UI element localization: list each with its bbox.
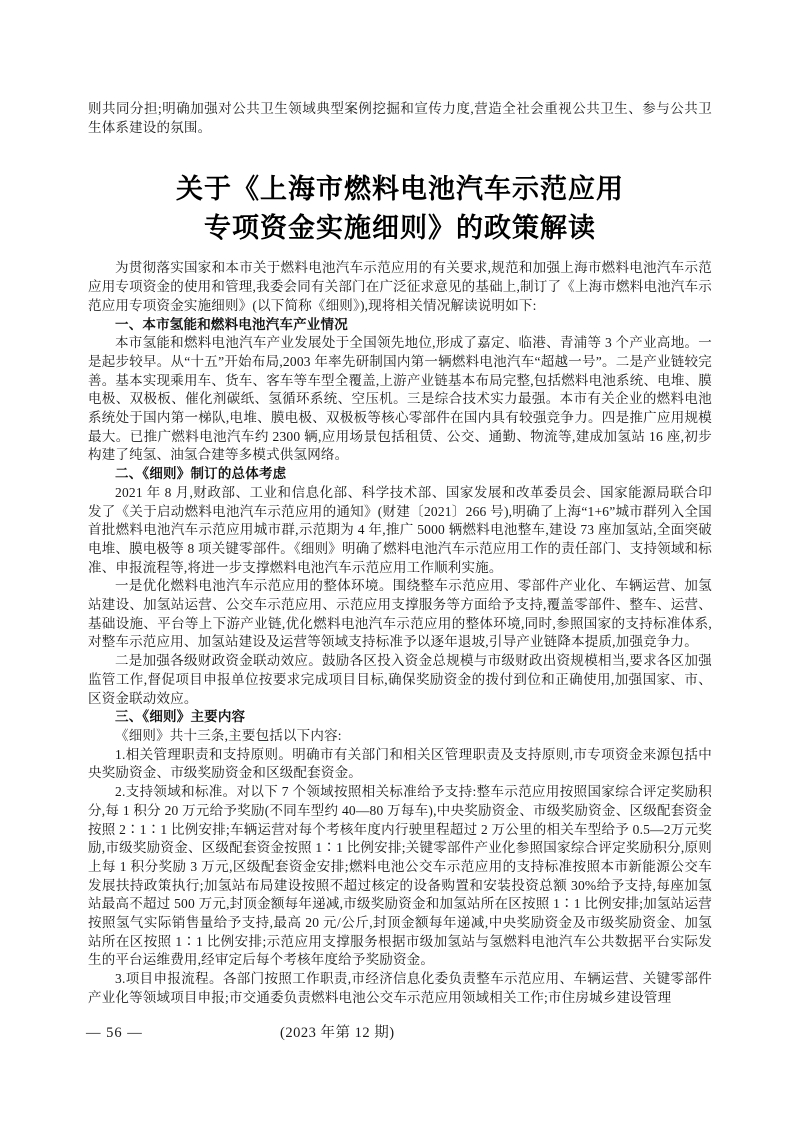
intro-paragraph: 为贯彻落实国家和本市关于燃料电池汽车示范应用的有关要求,规范和加强上海市燃料电池… xyxy=(88,259,712,315)
issue-label: (2023 年第 12 期) xyxy=(280,1024,395,1042)
page-number: — 56 — xyxy=(86,1024,143,1042)
section-2-paragraph-2: 一是优化燃料电池汽车示范应用的整体环境。围绕整车示范应用、零部件产业化、车辆运营… xyxy=(88,577,712,652)
article-title-line-2: 专项资金实施细则》的政策解读 xyxy=(88,209,712,248)
section-3-item-1: 1.相关管理职责和支持原则。明确市有关部门和相关区管理职责及支持原则,市专项资金… xyxy=(88,746,712,783)
section-3-heading: 三、《细则》主要内容 xyxy=(88,708,712,727)
section-1-paragraph: 本市氢能和燃料电池汽车产业发展处于全国领先地位,形成了嘉定、临港、青浦等 3 个… xyxy=(88,334,712,465)
page-content: 则共同分担;明确加强对公共卫生领域典型案例挖掘和宣传力度,营造全社会重视公共卫生… xyxy=(88,100,712,1008)
section-3-item-3: 3.项目申报流程。各部门按照工作职责,市经济信息化委负责整车示范应用、车辆运营、… xyxy=(88,970,712,1007)
document-page: 则共同分担;明确加强对公共卫生领域典型案例挖掘和宣传力度,营造全社会重视公共卫生… xyxy=(0,0,793,1122)
section-1-heading: 一、本市氢能和燃料电池汽车产业情况 xyxy=(88,316,712,335)
continuation-paragraph: 则共同分担;明确加强对公共卫生领域典型案例挖掘和宣传力度,营造全社会重视公共卫生… xyxy=(88,100,712,137)
section-2-paragraph-3: 二是加强各级财政资金联动效应。鼓励各区投入资金总规模与市级财政出资规模相当,要求… xyxy=(88,652,712,708)
section-2-paragraph-1: 2021 年 8 月,财政部、工业和信息化部、科学技术部、国家发展和改革委员会、… xyxy=(88,484,712,578)
section-3-item-2: 2.支持领域和标准。对以下 7 个领域按照相关标准给予支持:整车示范应用按照国家… xyxy=(88,783,712,970)
section-3-intro-paragraph: 《细则》共十三条,主要包括以下内容: xyxy=(88,727,712,746)
article-title-line-1: 关于《上海市燃料电池汽车示范应用 xyxy=(88,170,712,209)
article-title: 关于《上海市燃料电池汽车示范应用 专项资金实施细则》的政策解读 xyxy=(88,170,712,248)
section-2-heading: 二、《细则》制订的总体考虑 xyxy=(88,465,712,484)
